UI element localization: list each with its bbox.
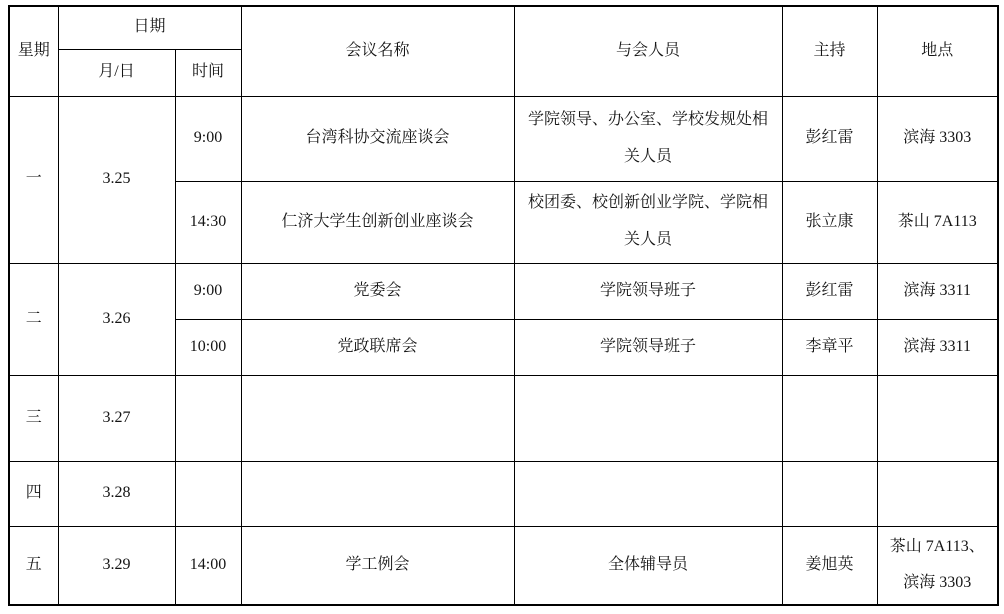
cell-time-thu: [175, 461, 241, 526]
cell-meeting-fri: 学工例会: [241, 526, 514, 605]
cell-location-tue-1: 滨海 3311: [877, 263, 998, 319]
cell-date-mon: 3.25: [58, 96, 175, 263]
cell-meeting-tue-2: 党政联席会: [241, 319, 514, 375]
cell-location-wed: [877, 375, 998, 461]
cell-meeting-wed: [241, 375, 514, 461]
cell-attendees-tue-2: 学院领导班子: [514, 319, 782, 375]
cell-host-mon-2: 张立康: [782, 181, 877, 263]
cell-host-fri: 姜旭英: [782, 526, 877, 605]
cell-date-thu: 3.28: [58, 461, 175, 526]
header-attendees: 与会人员: [514, 6, 782, 96]
cell-weekday-tue: 二: [9, 263, 58, 375]
cell-attendees-tue-1: 学院领导班子: [514, 263, 782, 319]
cell-date-fri: 3.29: [58, 526, 175, 605]
header-meeting-name: 会议名称: [241, 6, 514, 96]
cell-weekday-fri: 五: [9, 526, 58, 605]
cell-location-fri: 茶山 7A113、滨海 3303: [877, 526, 998, 605]
cell-attendees-fri: 全体辅导员: [514, 526, 782, 605]
cell-weekday-mon: 一: [9, 96, 58, 263]
cell-date-tue: 3.26: [58, 263, 175, 375]
schedule-table: 星期 日期 会议名称 与会人员 主持 地点 月/日 时间 一 3.25 9:00…: [8, 5, 999, 606]
cell-attendees-thu: [514, 461, 782, 526]
cell-meeting-mon-2: 仁济大学生创新创业座谈会: [241, 181, 514, 263]
cell-attendees-wed: [514, 375, 782, 461]
header-host: 主持: [782, 6, 877, 96]
cell-time-fri: 14:00: [175, 526, 241, 605]
cell-location-tue-2: 滨海 3311: [877, 319, 998, 375]
cell-time-tue-1: 9:00: [175, 263, 241, 319]
cell-meeting-thu: [241, 461, 514, 526]
cell-host-tue-1: 彭红雷: [782, 263, 877, 319]
cell-attendees-mon-2: 校团委、校创新创业学院、学院相关人员: [514, 181, 782, 263]
header-date: 日期: [58, 6, 241, 49]
cell-host-thu: [782, 461, 877, 526]
cell-location-mon-1: 滨海 3303: [877, 96, 998, 181]
cell-host-wed: [782, 375, 877, 461]
cell-time-mon-1: 9:00: [175, 96, 241, 181]
cell-location-mon-2: 茶山 7A113: [877, 181, 998, 263]
cell-host-tue-2: 李章平: [782, 319, 877, 375]
header-location: 地点: [877, 6, 998, 96]
cell-weekday-wed: 三: [9, 375, 58, 461]
cell-time-wed: [175, 375, 241, 461]
header-weekday: 星期: [9, 6, 58, 96]
cell-time-tue-2: 10:00: [175, 319, 241, 375]
document-page: 星期 日期 会议名称 与会人员 主持 地点 月/日 时间 一 3.25 9:00…: [0, 0, 1004, 614]
cell-attendees-mon-1: 学院领导、办公室、学校发规处相关人员: [514, 96, 782, 181]
cell-time-mon-2: 14:30: [175, 181, 241, 263]
header-time: 时间: [175, 49, 241, 96]
header-month-day: 月/日: [58, 49, 175, 96]
cell-meeting-tue-1: 党委会: [241, 263, 514, 319]
cell-date-wed: 3.27: [58, 375, 175, 461]
cell-weekday-thu: 四: [9, 461, 58, 526]
cell-host-mon-1: 彭红雷: [782, 96, 877, 181]
cell-location-thu: [877, 461, 998, 526]
cell-meeting-mon-1: 台湾科协交流座谈会: [241, 96, 514, 181]
